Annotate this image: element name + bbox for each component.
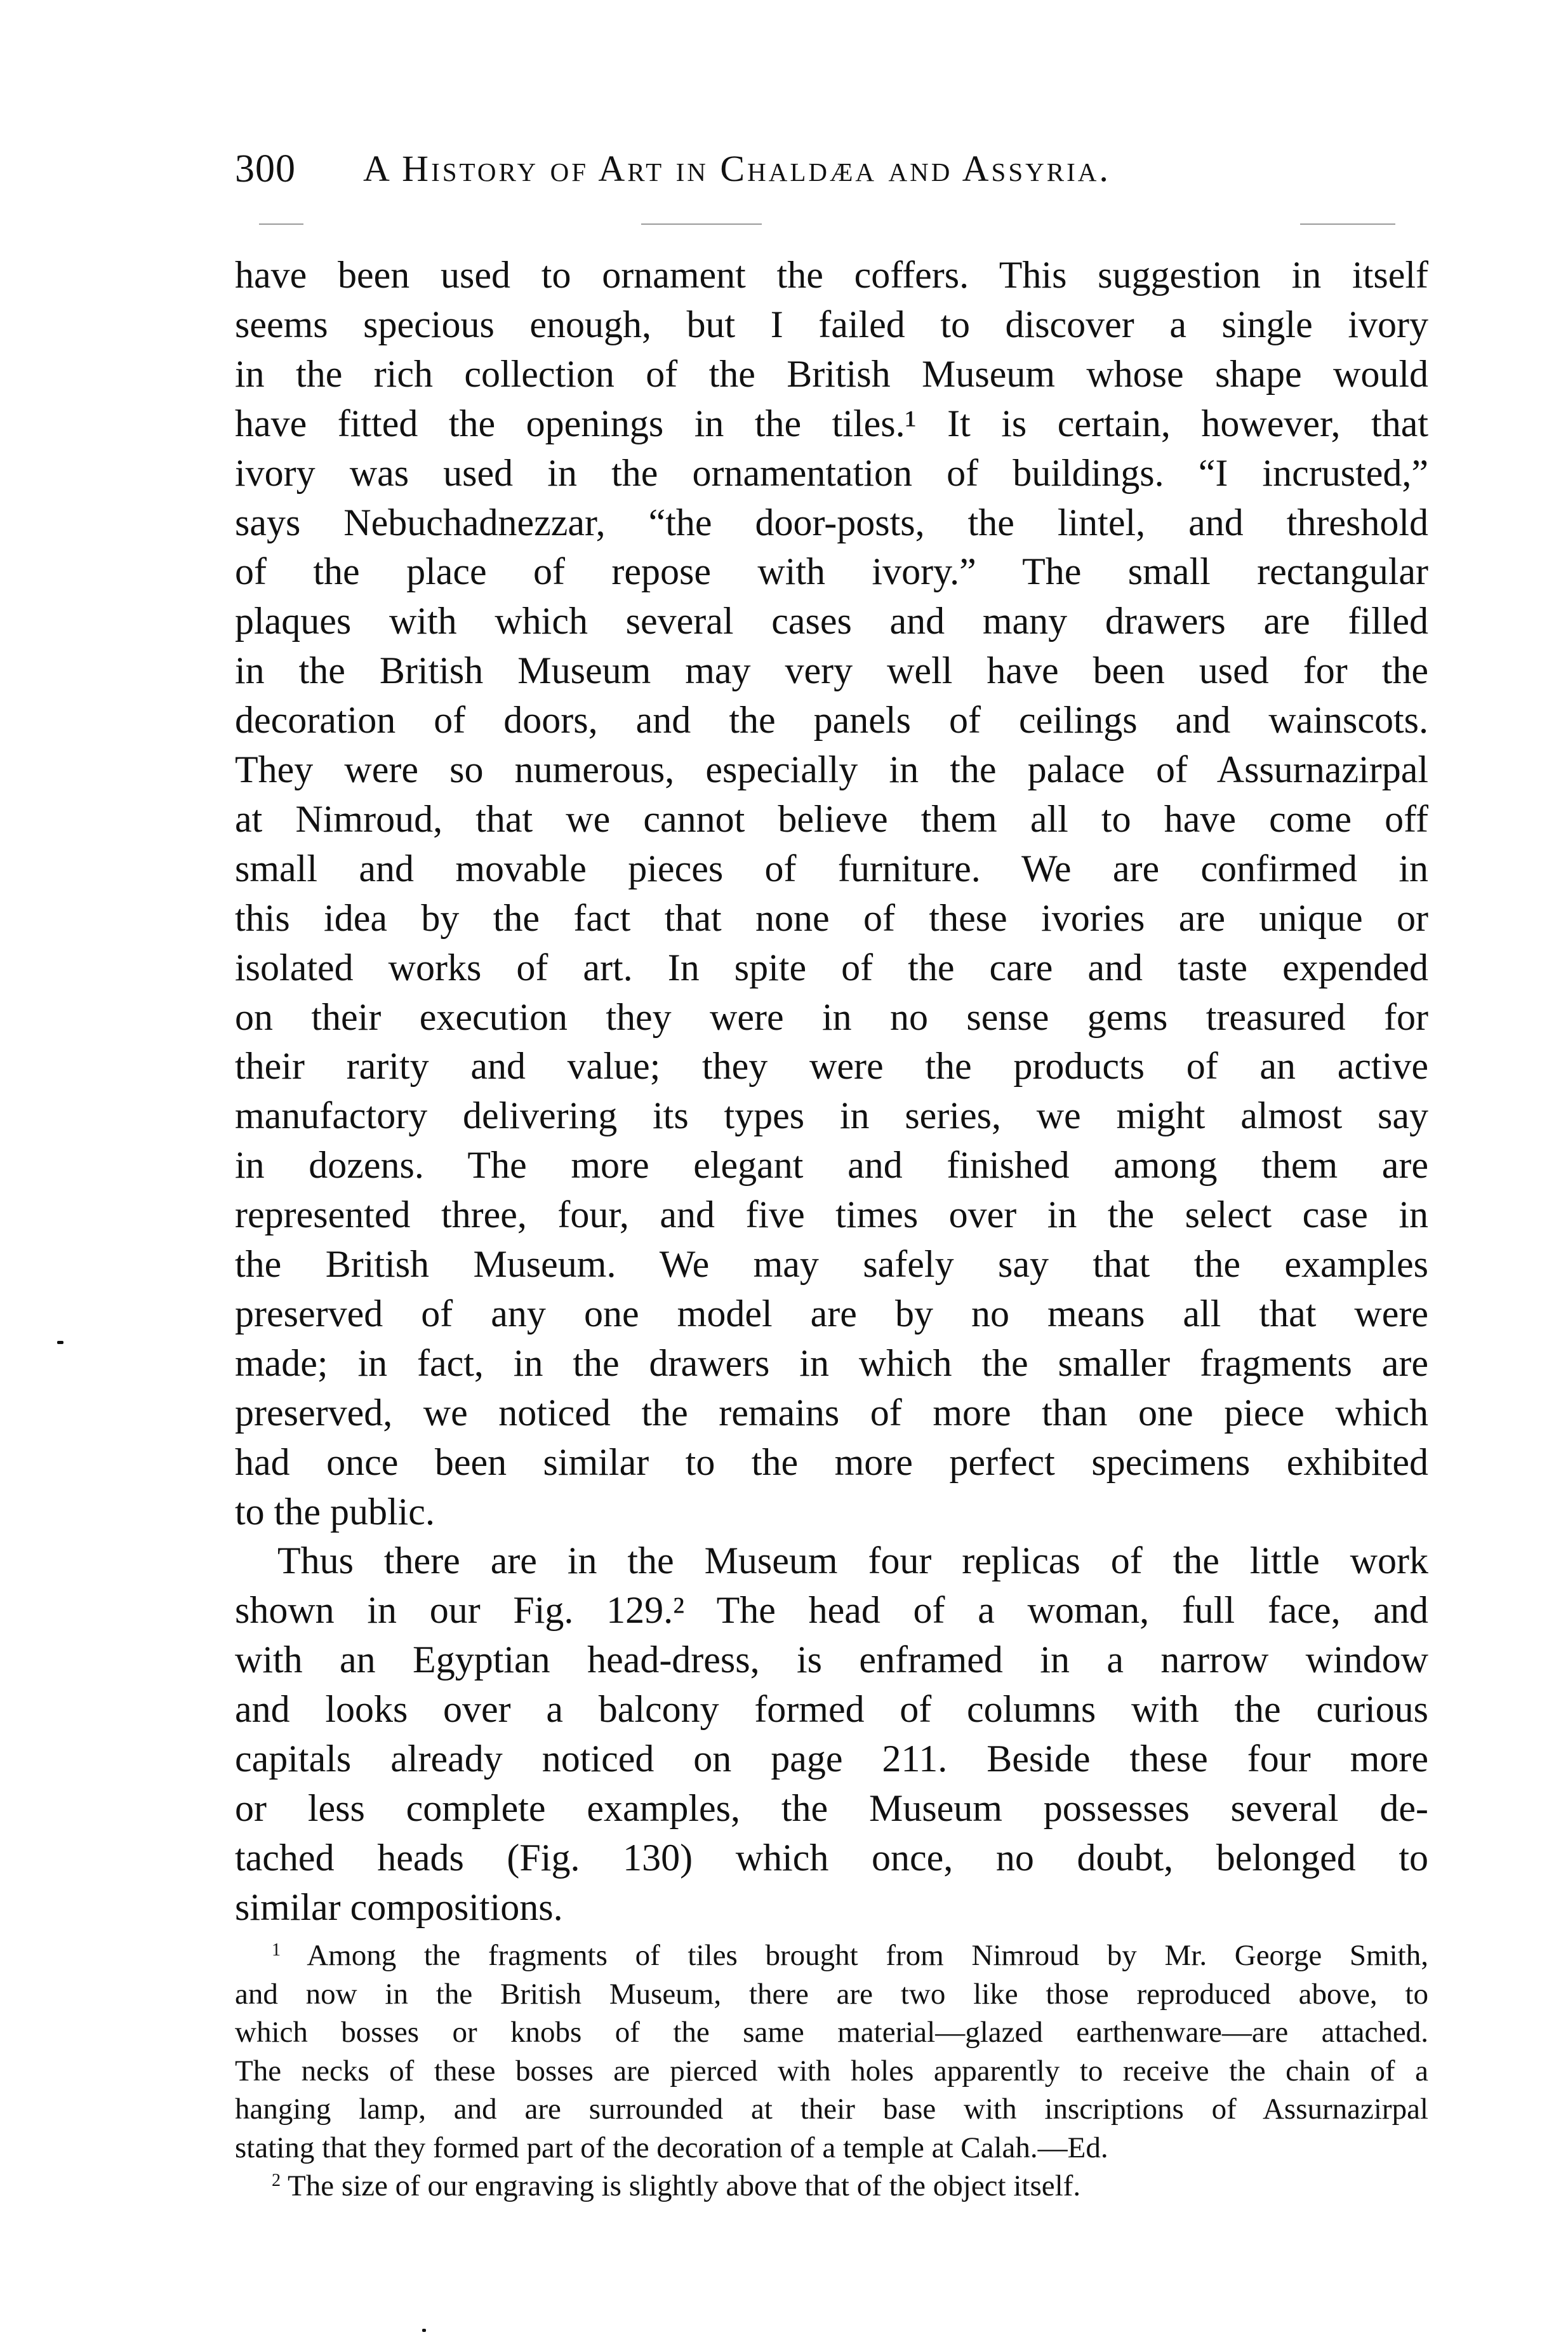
body-line: similar compositions. (235, 1882, 1428, 1932)
body-line: plaques with which several cases and man… (235, 596, 1428, 646)
body-line: isolated works of art. In spite of the c… (235, 943, 1428, 992)
body-line: in the rich collection of the British Mu… (235, 349, 1428, 399)
body-line: their rarity and value; they were the pr… (235, 1041, 1428, 1091)
print-speck (422, 2329, 426, 2332)
body-line: in dozens. The more elegant and finished… (235, 1140, 1428, 1190)
body-line: decoration of doors, and the panels of c… (235, 695, 1428, 745)
body-line: the British Museum. We may safely say th… (235, 1239, 1428, 1289)
footnote-text: The necks of these bosses are pierced wi… (235, 2054, 1428, 2088)
body-line: Thus there are in the Museum four replic… (277, 1536, 1428, 1585)
body-line: They were so numerous, especially in the… (235, 745, 1428, 794)
footnote-text: Among the fragments of tiles brought fro… (307, 1939, 1428, 1972)
body-line: manufactory delivering its types in seri… (235, 1091, 1428, 1140)
body-line: at Nimroud, that we cannot believe them … (235, 794, 1428, 844)
header-rule-segment (641, 223, 762, 225)
body-line: to the public. (235, 1487, 1428, 1536)
body-line: have fitted the openings in the tiles.¹ … (235, 399, 1428, 448)
body-line: on their execution they were in no sense… (235, 992, 1428, 1042)
body-line: tached heads (Fig. 130) which once, no d… (235, 1833, 1428, 1882)
body-line: have been used to ornament the coffers. … (235, 250, 1428, 300)
footnote-line: stating that they formed part of the dec… (235, 2129, 1428, 2167)
body-line: in the British Museum may very well have… (235, 646, 1428, 695)
body-line: and looks over a balcony formed of colum… (235, 1684, 1428, 1734)
footnote-line: hanging lamp, and are surrounded at thei… (235, 2090, 1428, 2128)
page-number: 300 (235, 143, 296, 194)
footnote-text: hanging lamp, and are surrounded at thei… (235, 2093, 1428, 2126)
footnote-text: which bosses or knobs of the same materi… (235, 2016, 1428, 2049)
body-line: preserved, we noticed the remains of mor… (235, 1388, 1428, 1437)
body-line: ivory was used in the ornamentation of b… (235, 448, 1428, 498)
body-line: of the place of repose with ivory.” The … (235, 547, 1428, 596)
body-line: capitals already noticed on page 211. Be… (235, 1734, 1428, 1783)
footnote-text: The size of our engraving is slightly ab… (288, 2169, 1080, 2202)
footnote-line: The necks of these bosses are pierced wi… (235, 2052, 1428, 2090)
footnote-line: which bosses or knobs of the same materi… (235, 2013, 1428, 2051)
footnote-marker: 2 (272, 2171, 281, 2190)
header-rule-segment (1300, 223, 1395, 225)
footnote-marker: 1 (272, 1940, 281, 1960)
body-line: small and movable pieces of furniture. W… (235, 844, 1428, 893)
body-line: this idea by the fact that none of these… (235, 893, 1428, 943)
body-line: had once been similar to the more perfec… (235, 1437, 1428, 1487)
book-page: 300 A History of Art in Chaldæa and Assy… (0, 0, 1568, 2344)
print-speck (57, 1341, 63, 1344)
footnote-text: and now in the British Museum, there are… (235, 1978, 1428, 2011)
body-line: made; in fact, in the drawers in which t… (235, 1338, 1428, 1388)
running-title: A History of Art in Chaldæa and Assyria. (363, 143, 1111, 194)
body-line: represented three, four, and five times … (235, 1190, 1428, 1239)
body-line: preserved of any one model are by no mea… (235, 1289, 1428, 1338)
footnote-text: stating that they formed part of the dec… (235, 2131, 1108, 2164)
body-line: says Nebuchadnezzar, “the door-posts, th… (235, 498, 1428, 547)
footnote-line: 2 The size of our engraving is slightly … (272, 2167, 1428, 2205)
footnote-line: 1 Among the fragments of tiles brought f… (272, 1936, 1428, 1974)
header-rule-segment (259, 223, 303, 225)
body-line: with an Egyptian head-dress, is enframed… (235, 1635, 1428, 1684)
running-head: 300 A History of Art in Chaldæa and Assy… (235, 143, 1428, 194)
body-line: or less complete examples, the Museum po… (235, 1783, 1428, 1833)
footnote-line: and now in the British Museum, there are… (235, 1975, 1428, 2013)
body-line: seems specious enough, but I failed to d… (235, 300, 1428, 349)
body-line: shown in our Fig. 129.² The head of a wo… (235, 1585, 1428, 1635)
